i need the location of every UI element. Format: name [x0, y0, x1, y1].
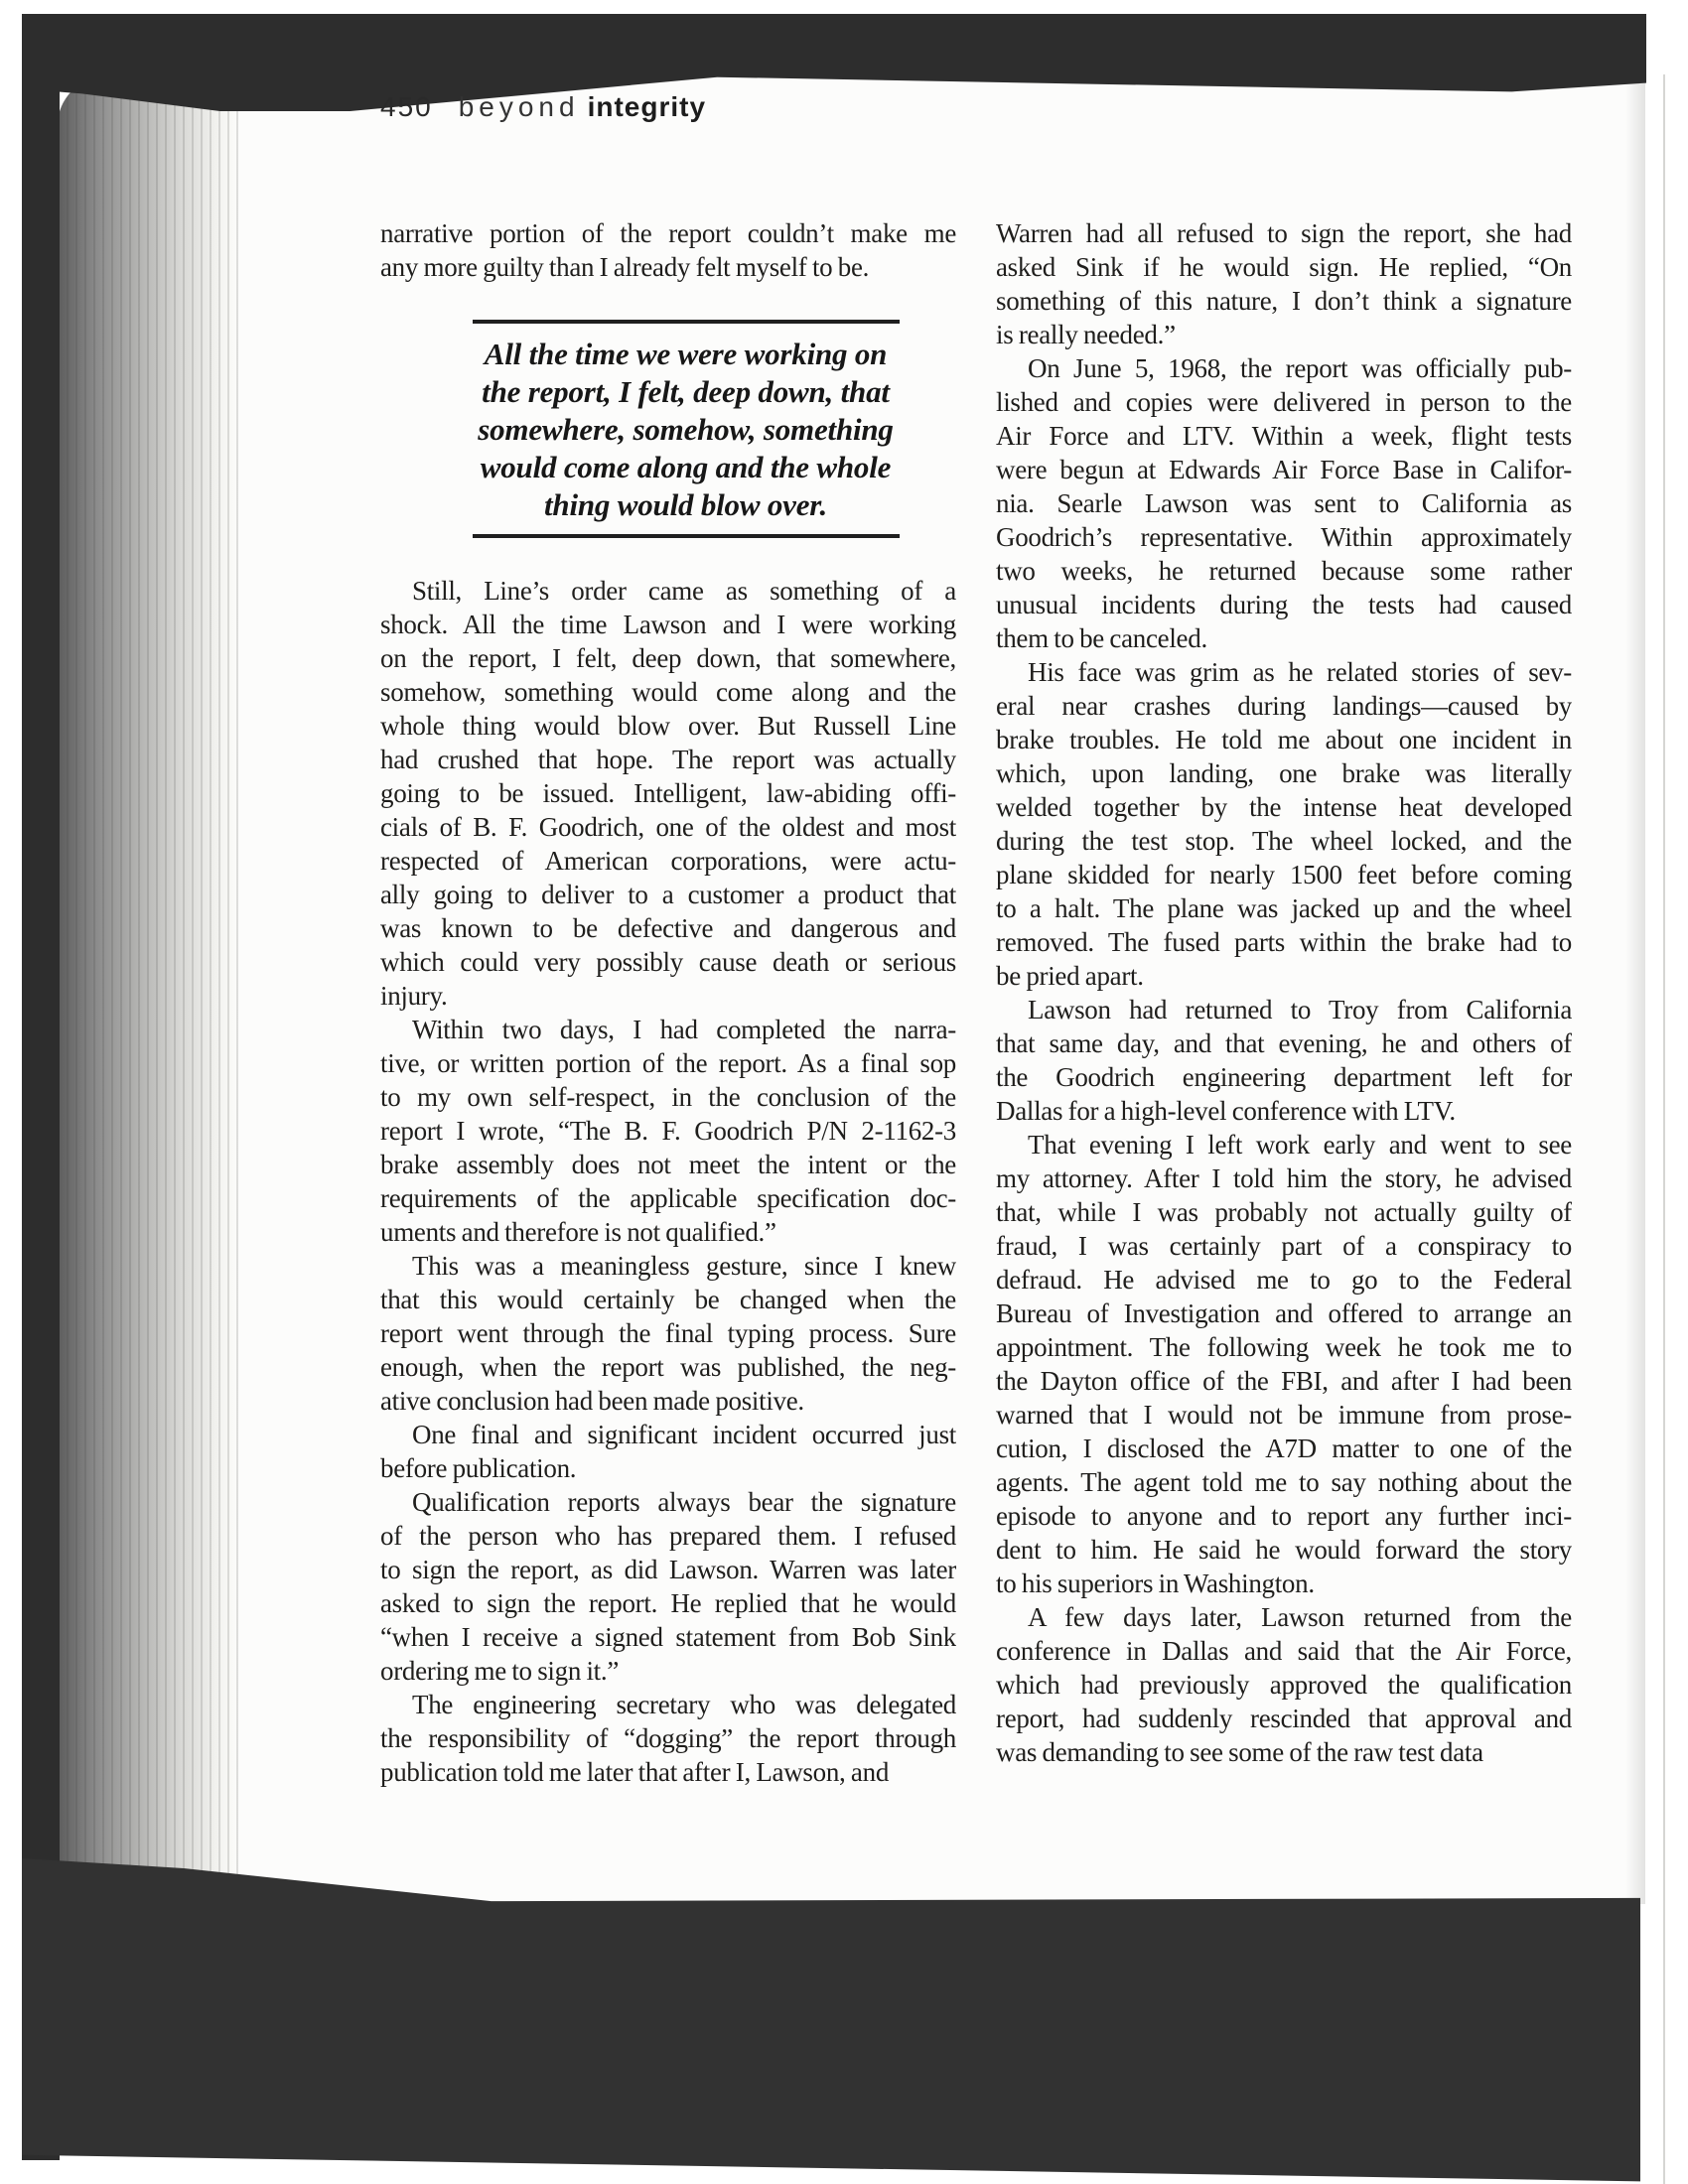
text-line: cution, I disclosed the A7D matter to on… — [996, 1432, 1572, 1465]
pull-quote-line: thing would blow over. — [435, 486, 936, 524]
text-line: was demanding to see some of the raw tes… — [996, 1735, 1572, 1769]
paragraph: Within two days, I had completed the nar… — [380, 1013, 956, 1249]
paragraph: That evening I left work early and went … — [996, 1128, 1572, 1600]
text-line: removed. The fused parts within the brak… — [996, 925, 1572, 959]
page-number: 450 — [380, 91, 433, 122]
running-head: 450beyondintegrity — [380, 91, 706, 123]
paragraph: One final and significant incident occur… — [380, 1418, 956, 1485]
page-edge-stack — [58, 77, 238, 1904]
text-line: tive, or written portion of the report. … — [380, 1046, 956, 1080]
left-column-body: Still, Line’s order came as something of… — [380, 574, 956, 1789]
text-line: that, while I was probably not actually … — [996, 1195, 1572, 1229]
paragraph: His face was grim as he related stories … — [996, 655, 1572, 993]
text-line: was known to be defective and dangerous … — [380, 911, 956, 945]
text-line: plane skidded for nearly 1500 feet befor… — [996, 858, 1572, 891]
photo-bottom-border — [22, 1858, 1640, 2184]
text-line: His face was grim as he related stories … — [996, 655, 1572, 689]
text-line: fraud, I was certainly part of a conspir… — [996, 1229, 1572, 1263]
paragraph: This was a meaningless gesture, since I … — [380, 1249, 956, 1418]
pull-quote-line: would come along and the whole — [435, 449, 936, 486]
text-line: something of this nature, I don’t think … — [996, 284, 1572, 318]
paragraph: Qualification reports always bear the si… — [380, 1485, 956, 1688]
text-line: the Goodrich engineering department left… — [996, 1060, 1572, 1094]
text-line: dent to him. He said he would forward th… — [996, 1533, 1572, 1567]
paragraph: On June 5, 1968, the report was official… — [996, 351, 1572, 655]
text-line: be pried apart. — [996, 959, 1572, 993]
text-line: On June 5, 1968, the report was official… — [996, 351, 1572, 385]
pull-quote-text: All the time we were working onthe repor… — [435, 324, 936, 534]
photo-right-edge-line — [1663, 74, 1665, 2184]
text-column-right: Warren had all refused to sign the repor… — [996, 216, 1572, 1769]
text-line: which had previously approved the qualif… — [996, 1668, 1572, 1702]
text-line: before publication. — [380, 1451, 956, 1485]
text-line: report, had suddenly rescinded that appr… — [996, 1702, 1572, 1735]
text-column-left: narrative portion of the report couldn’t… — [380, 216, 956, 1789]
book-title-bold: integrity — [588, 91, 706, 122]
text-line: the responsibility of “dogging” the repo… — [380, 1721, 956, 1755]
text-line: defraud. He advised me to go to the Fede… — [996, 1263, 1572, 1297]
paragraph: Still, Line’s order came as something of… — [380, 574, 956, 1013]
text-line: the Dayton office of the FBI, and after … — [996, 1364, 1572, 1398]
text-line: to a halt. The plane was jacked up and t… — [996, 891, 1572, 925]
text-line: cials of B. F. Goodrich, one of the olde… — [380, 810, 956, 844]
text-line: Air Force and LTV. Within a week, flight… — [996, 419, 1572, 453]
text-line: Lawson had returned to Troy from Califor… — [996, 993, 1572, 1026]
text-line: is really needed.” — [996, 318, 1572, 351]
text-line: my attorney. After I told him the story,… — [996, 1161, 1572, 1195]
text-line: Dallas for a high-level conference with … — [996, 1094, 1572, 1128]
text-line: going to be issued. Intelligent, law-abi… — [380, 776, 956, 810]
text-line: uments and therefore is not qualified.” — [380, 1215, 956, 1249]
pull-quote-line: the report, I felt, deep down, that — [435, 373, 936, 411]
text-line: enough, when the report was published, t… — [380, 1350, 956, 1384]
text-line: narrative portion of the report couldn’t… — [380, 216, 956, 250]
text-line: eral near crashes during landings—caused… — [996, 689, 1572, 723]
text-line: Bureau of Investigation and offered to a… — [996, 1297, 1572, 1330]
text-line: “when I receive a signed statement from … — [380, 1620, 956, 1654]
text-line: A few days later, Lawson returned from t… — [996, 1600, 1572, 1634]
text-line: publication told me later that after I, … — [380, 1755, 956, 1789]
text-line: Goodrich’s representative. Within approx… — [996, 520, 1572, 554]
text-line: had crushed that hope. The report was ac… — [380, 743, 956, 776]
text-line: two weeks, he returned because some rath… — [996, 554, 1572, 588]
text-line: which could very possibly cause death or… — [380, 945, 956, 979]
text-line: conference in Dallas and said that the A… — [996, 1634, 1572, 1668]
text-line: ative conclusion had been made positive. — [380, 1384, 956, 1418]
text-line: asked to sign the report. He replied tha… — [380, 1586, 956, 1620]
pull-quote-line: somewhere, somehow, something — [435, 411, 936, 449]
photo-left-border — [22, 14, 60, 2160]
text-line: respected of American corporations, were… — [380, 844, 956, 878]
text-line: One final and significant incident occur… — [380, 1418, 956, 1451]
text-line: brake assembly does not meet the intent … — [380, 1148, 956, 1181]
text-line: to my own self-respect, in the conclusio… — [380, 1080, 956, 1114]
pull-quote-bottom-rule — [473, 534, 900, 538]
text-line: ordering me to sign it.” — [380, 1654, 956, 1688]
pull-quote-line: All the time we were working on — [435, 336, 936, 373]
text-line: That evening I left work early and went … — [996, 1128, 1572, 1161]
paragraph: A few days later, Lawson returned from t… — [996, 1600, 1572, 1769]
text-line: shock. All the time Lawson and I were wo… — [380, 608, 956, 641]
text-line: This was a meaningless gesture, since I … — [380, 1249, 956, 1283]
text-line: requirements of the applicable specifica… — [380, 1181, 956, 1215]
text-line: nia. Searle Lawson was sent to Californi… — [996, 486, 1572, 520]
book-title-light: beyond — [459, 91, 580, 122]
text-line: Qualification reports always bear the si… — [380, 1485, 956, 1519]
paragraph: Warren had all refused to sign the repor… — [996, 216, 1572, 351]
text-line: ally going to deliver to a customer a pr… — [380, 878, 956, 911]
text-line: episode to anyone and to report any furt… — [996, 1499, 1572, 1533]
text-line: injury. — [380, 979, 956, 1013]
text-line: unusual incidents during the tests had c… — [996, 588, 1572, 621]
text-line: asked Sink if he would sign. He replied,… — [996, 250, 1572, 284]
text-line: that this would certainly be changed whe… — [380, 1283, 956, 1316]
text-line: on the report, I felt, deep down, that s… — [380, 641, 956, 675]
text-line: to sign the report, as did Lawson. Warre… — [380, 1553, 956, 1586]
text-line: Still, Line’s order came as something of… — [380, 574, 956, 608]
text-line: any more guilty than I already felt myse… — [380, 250, 956, 284]
text-line: lished and copies were delivered in pers… — [996, 385, 1572, 419]
text-line: The engineering secretary who was delega… — [380, 1688, 956, 1721]
text-line: agents. The agent told me to say nothing… — [996, 1465, 1572, 1499]
text-line: warned that I would not be immune from p… — [996, 1398, 1572, 1432]
paragraph: Lawson had returned to Troy from Califor… — [996, 993, 1572, 1128]
text-line: that same day, and that evening, he and … — [996, 1026, 1572, 1060]
pull-quote: All the time we were working onthe repor… — [435, 320, 936, 538]
text-line: them to be canceled. — [996, 621, 1572, 655]
left-column-intro: narrative portion of the report couldn’t… — [380, 216, 956, 284]
text-line: Within two days, I had completed the nar… — [380, 1013, 956, 1046]
page-right-edge-shade — [1625, 77, 1645, 1904]
text-line: welded together by the intense heat deve… — [996, 790, 1572, 824]
text-line: which, upon landing, one brake was liter… — [996, 756, 1572, 790]
text-line: report I wrote, “The B. F. Goodrich P/N … — [380, 1114, 956, 1148]
text-line: during the test stop. The wheel locked, … — [996, 824, 1572, 858]
text-line: appointment. The following week he took … — [996, 1330, 1572, 1364]
text-line: to his superiors in Washington. — [996, 1567, 1572, 1600]
text-line: report went through the final typing pro… — [380, 1316, 956, 1350]
text-line: were begun at Edwards Air Force Base in … — [996, 453, 1572, 486]
paragraph: The engineering secretary who was delega… — [380, 1688, 956, 1789]
paragraph: narrative portion of the report couldn’t… — [380, 216, 956, 284]
text-line: whole thing would blow over. But Russell… — [380, 709, 956, 743]
text-line: brake troubles. He told me about one inc… — [996, 723, 1572, 756]
text-line: Warren had all refused to sign the repor… — [996, 216, 1572, 250]
text-line: somehow, something would come along and … — [380, 675, 956, 709]
text-line: of the person who has prepared them. I r… — [380, 1519, 956, 1553]
